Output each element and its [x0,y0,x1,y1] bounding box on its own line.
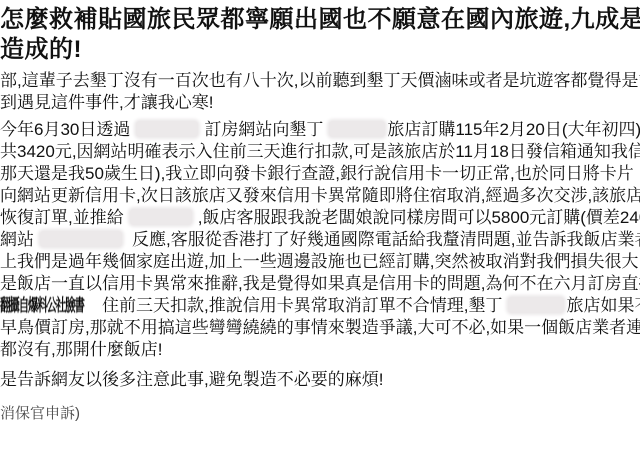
paragraph-main: 今年6月30日透過訂房網站向墾丁旅店訂購115年2月20日(大年初四)一晚 共3… [0,119,640,361]
article-headline: 怎麼救補貼國旅民眾都寧願出國也不願意在國內旅遊,九成是一些無 造成的! [0,5,640,65]
text-segment: 訂房網站向墾丁 [204,120,323,139]
redacted-booking-site-name [130,209,192,225]
text-line: 都沒有,那開什麼飯店! [0,339,640,361]
text-line: 今年6月30日透過訂房網站向墾丁旅店訂購115年2月20日(大年初四)一晚 [0,119,640,141]
text-line: 網站反應,客服從香港打了好幾通國際電話給我釐清問題,並告訴我飯店業者是坐 [0,229,640,251]
text-line: 早鳥價訂房,那就不用搞這些彎彎繞繞的事情來製造爭議,大可不必,如果一個飯店業者連 [0,317,640,339]
text-line: 翻攝自爆料公社臉書住前三天扣款,推說信用卡異常取消訂單不合情理,墾丁旅店如果不 [0,295,640,317]
article-body: 怎麼救補貼國旅民眾都寧願出國也不願意在國內旅遊,九成是一些無 造成的! 部,這輩… [0,5,640,424]
text-line: 是飯店一直以信用卡異常來推辭,我是覺得如果真是信用卡的問題,為何不在六月訂房直接 [0,273,640,295]
text-segment: 反應,客服從香港打了好幾通國際電話給我釐清問題,並告訴我飯店業者是坐 [132,230,640,249]
text-line: 那天還是我50歲生日),我立即向發卡銀行查證,銀行說信用卡一切正常,也於同日將卡… [0,163,640,185]
text-segment: 旅店如果不 [566,296,640,315]
footnote-line: 消保官申訴) [0,404,640,424]
text-line: 恢復訂單,並推給,飯店客服跟我說老闆娘說同樣房間可以5800元訂購(價差240 [0,207,640,229]
text-segment: 網站 [0,230,34,249]
text-segment: ,飯店客服跟我說老闆娘說同樣房間可以5800元訂購(價差240 [198,208,640,227]
overlapping-watermark-text: 翻攝自爆料公社臉書 [0,295,102,317]
headline-line-1: 怎麼救補貼國旅民眾都寧願出國也不願意在國內旅遊,九成是一些無 [0,5,640,35]
text-line: 向網站更新信用卡,次日該旅店又發來信用卡異常隨即將住宿取消,經過多次交涉,該旅店 [0,185,640,207]
text-segment: 旅店訂購115年2月20日(大年初四)一晚 [387,120,640,139]
headline-line-2: 造成的! [0,35,640,65]
redacted-hotel-name [508,297,564,313]
redacted-hotel-name [329,121,385,137]
text-line: 是告訴網友以後多注意此事,避免製造不必要的麻煩! [0,369,640,391]
text-line: 部,這輩子去墾丁沒有一百次也有八十次,以前聽到墾丁天價滷味或者是坑遊客都覺得是誇 [0,70,640,92]
text-line: 上我們是過年幾個家庭出遊,加上一些週邊設施也已經訂購,突然被取消對我們損失很大 [0,251,640,273]
text-line: 到遇見這件事件,才讓我心寒! [0,92,640,114]
text-segment: 今年6月30日透過 [0,120,130,139]
paragraph-advice: 是告訴網友以後多注意此事,避免製造不必要的麻煩! [0,369,640,391]
text-line: 共3420元,因網站明確表示入住前三天進行扣款,可是該旅店於11月18日發信箱通… [0,141,640,163]
text-segment: 住前三天扣款,推說信用卡異常取消訂單不合情理,墾丁 [102,296,502,315]
text-segment: 恢復訂單,並推給 [0,208,124,227]
redacted-booking-site-name [136,121,198,137]
paragraph-intro: 部,這輩子去墾丁沒有一百次也有八十次,以前聽到墾丁天價滷味或者是坑遊客都覺得是誇… [0,70,640,114]
paragraph-footnote: 消保官申訴) [0,404,640,424]
redacted-booking-site-name [40,231,122,247]
